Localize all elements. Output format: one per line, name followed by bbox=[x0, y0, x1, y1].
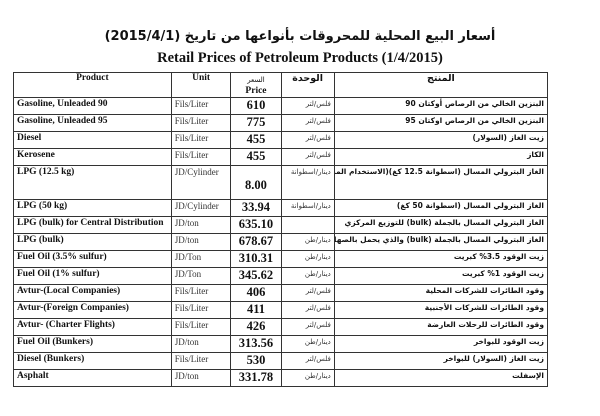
product-arabic-cell: وقود الطائرات للشركات المحلية bbox=[334, 285, 547, 302]
product-arabic-cell: الغاز البترولي المسال (اسطوانة 12.5 كغ)(… bbox=[334, 166, 547, 200]
product-arabic-cell: الغاز البترولي المسال بالجملة (bulk) وال… bbox=[334, 234, 547, 251]
table-row: Diesel Fils/Liter 455 فلس/لتر زيت الغاز … bbox=[14, 132, 548, 149]
product-arabic-cell: زيت الغاز (السولار) للبواخر bbox=[334, 353, 547, 370]
product-arabic-cell: زيت الوقود 1% كبريت bbox=[334, 268, 547, 285]
table-header-row: Product Unit السعر Price الوحدة المنتج bbox=[14, 73, 548, 98]
product-cell: Fuel Oil (Bunkers) bbox=[14, 336, 172, 353]
header-product: Product bbox=[14, 73, 172, 98]
unit-arabic-cell: دينار/طن bbox=[281, 268, 334, 285]
price-cell: 33.94 bbox=[231, 200, 281, 217]
product-cell: LPG (12.5 kg) bbox=[14, 166, 172, 200]
product-arabic-cell: زيت الغاز (السولار) bbox=[334, 132, 547, 149]
product-cell: Avtur-(Foreign Companies) bbox=[14, 302, 172, 319]
unit-arabic-cell: فلس/لتر bbox=[281, 302, 334, 319]
price-cell: 635.10 bbox=[231, 217, 281, 234]
unit-arabic-cell: دينار/اسطوانة bbox=[281, 200, 334, 217]
price-cell: 610 bbox=[231, 98, 281, 115]
table-row: LPG (50 kg) JD/Cylinder 33.94 دينار/اسطو… bbox=[14, 200, 548, 217]
unit-cell: Fils/Liter bbox=[171, 149, 231, 166]
unit-cell: JD/ton bbox=[171, 217, 231, 234]
unit-cell: Fils/Liter bbox=[171, 285, 231, 302]
product-cell: Gasoline, Unleaded 95 bbox=[14, 115, 172, 132]
unit-cell: Fils/Liter bbox=[171, 302, 231, 319]
unit-arabic-cell: دينار/طن bbox=[281, 370, 334, 387]
product-arabic-cell: الإسفلت bbox=[334, 370, 547, 387]
price-cell: 406 bbox=[231, 285, 281, 302]
document-title-arabic: أسعار البيع المحلية للمحروقات بأنواعها م… bbox=[0, 29, 600, 44]
product-cell: Diesel (Bunkers) bbox=[14, 353, 172, 370]
table-row: LPG (bulk) JD/ton 678.67 دينار/طن الغاز … bbox=[14, 234, 548, 251]
unit-arabic-cell: دينار/طن bbox=[281, 234, 334, 251]
table-row: Avtur-(Foreign Companies) Fils/Liter 411… bbox=[14, 302, 548, 319]
unit-cell: Fils/Liter bbox=[171, 98, 231, 115]
retail-prices-table: Product Unit السعر Price الوحدة المنتج G… bbox=[13, 72, 548, 387]
unit-cell: JD/Cylinder bbox=[171, 200, 231, 217]
unit-cell: JD/Ton bbox=[171, 251, 231, 268]
product-cell: LPG (bulk) for Central Distribution bbox=[14, 217, 172, 234]
header-price-arabic: السعر bbox=[234, 75, 277, 85]
table-body: Gasoline, Unleaded 90 Fils/Liter 610 فلس… bbox=[14, 98, 548, 387]
table-row: LPG (12.5 kg) JD/Cylinder 8.00 دينار/اسط… bbox=[14, 166, 548, 200]
product-cell: Diesel bbox=[14, 132, 172, 149]
price-cell: 313.56 bbox=[231, 336, 281, 353]
unit-cell: Fils/Liter bbox=[171, 319, 231, 336]
price-cell: 775 bbox=[231, 115, 281, 132]
price-cell: 331.78 bbox=[231, 370, 281, 387]
unit-cell: Fils/Liter bbox=[171, 115, 231, 132]
price-cell: 345.62 bbox=[231, 268, 281, 285]
table-row: Avtur-(Local Companies) Fils/Liter 406 ف… bbox=[14, 285, 548, 302]
product-arabic-cell: وقود الطائرات للشركات الأجنبية bbox=[334, 302, 547, 319]
header-unit-arabic: الوحدة bbox=[281, 73, 334, 98]
header-product-arabic: المنتج bbox=[334, 73, 547, 98]
header-unit: Unit bbox=[171, 73, 231, 98]
unit-cell: Fils/Liter bbox=[171, 132, 231, 149]
header-price: السعر Price bbox=[231, 73, 281, 98]
unit-arabic-cell: دينار/طن bbox=[281, 251, 334, 268]
product-arabic-cell: زيت الوقود 3.5% كبريت bbox=[334, 251, 547, 268]
product-arabic-cell: زيت الوقود للبواخر bbox=[334, 336, 547, 353]
unit-cell: JD/ton bbox=[171, 370, 231, 387]
unit-arabic-cell: فلس/لتر bbox=[281, 353, 334, 370]
price-cell: 455 bbox=[231, 132, 281, 149]
product-arabic-cell: البنزين الخالي من الرصاص أوكتان 90 bbox=[334, 98, 547, 115]
price-cell: 310.31 bbox=[231, 251, 281, 268]
product-cell: LPG (bulk) bbox=[14, 234, 172, 251]
product-arabic-cell: الغاز البترولي المسال بالجملة (bulk) للت… bbox=[334, 217, 547, 234]
table-row: Diesel (Bunkers) Fils/Liter 530 فلس/لتر … bbox=[14, 353, 548, 370]
product-cell: Gasoline, Unleaded 90 bbox=[14, 98, 172, 115]
unit-arabic-cell: فلس/لتر bbox=[281, 319, 334, 336]
unit-arabic-cell: فلس/لتر bbox=[281, 149, 334, 166]
unit-arabic-cell: دينار/طن bbox=[281, 336, 334, 353]
unit-arabic-cell bbox=[281, 217, 334, 234]
product-cell: Avtur- (Charter Flights) bbox=[14, 319, 172, 336]
product-arabic-cell: الغاز البترولي المسال (اسطوانة 50 كغ) bbox=[334, 200, 547, 217]
product-arabic-cell: البنزين الخالي من الرصاص اوكتان 95 bbox=[334, 115, 547, 132]
table-row: Asphalt JD/ton 331.78 دينار/طن الإسفلت bbox=[14, 370, 548, 387]
price-cell: 8.00 bbox=[231, 166, 281, 200]
product-cell: Kerosene bbox=[14, 149, 172, 166]
unit-cell: JD/ton bbox=[171, 336, 231, 353]
product-arabic-cell: وقود الطائرات للرحلات العارضة bbox=[334, 319, 547, 336]
unit-cell: JD/Cylinder bbox=[171, 166, 231, 200]
product-cell: Fuel Oil (3.5% sulfur) bbox=[14, 251, 172, 268]
table-row: Fuel Oil (Bunkers) JD/ton 313.56 دينار/ط… bbox=[14, 336, 548, 353]
header-price-english: Price bbox=[234, 85, 277, 97]
table-row: Kerosene Fils/Liter 455 فلس/لتر الكاز bbox=[14, 149, 548, 166]
table-row: Avtur- (Charter Flights) Fils/Liter 426 … bbox=[14, 319, 548, 336]
product-cell: Avtur-(Local Companies) bbox=[14, 285, 172, 302]
table-row: Gasoline, Unleaded 95 Fils/Liter 775 فلس… bbox=[14, 115, 548, 132]
unit-arabic-cell: دينار/اسطوانة bbox=[281, 166, 334, 200]
price-cell: 530 bbox=[231, 353, 281, 370]
unit-cell: Fils/Liter bbox=[171, 353, 231, 370]
price-cell: 678.67 bbox=[231, 234, 281, 251]
document-title-english: Retail Prices of Petroleum Products (1/4… bbox=[0, 50, 600, 67]
table-row: Gasoline, Unleaded 90 Fils/Liter 610 فلس… bbox=[14, 98, 548, 115]
unit-arabic-cell: فلس/لتر bbox=[281, 285, 334, 302]
table-row: Fuel Oil (3.5% sulfur) JD/Ton 310.31 دين… bbox=[14, 251, 548, 268]
product-cell: Asphalt bbox=[14, 370, 172, 387]
price-cell: 426 bbox=[231, 319, 281, 336]
table-row: LPG (bulk) for Central Distribution JD/t… bbox=[14, 217, 548, 234]
product-arabic-cell: الكاز bbox=[334, 149, 547, 166]
unit-cell: JD/Ton bbox=[171, 268, 231, 285]
unit-arabic-cell: فلس/لتر bbox=[281, 98, 334, 115]
product-cell: Fuel Oil (1% sulfur) bbox=[14, 268, 172, 285]
unit-arabic-cell: فلس/لتر bbox=[281, 115, 334, 132]
unit-cell: JD/ton bbox=[171, 234, 231, 251]
price-cell: 411 bbox=[231, 302, 281, 319]
unit-arabic-cell: فلس/لتر bbox=[281, 132, 334, 149]
table-row: Fuel Oil (1% sulfur) JD/Ton 345.62 دينار… bbox=[14, 268, 548, 285]
product-cell: LPG (50 kg) bbox=[14, 200, 172, 217]
price-cell: 455 bbox=[231, 149, 281, 166]
